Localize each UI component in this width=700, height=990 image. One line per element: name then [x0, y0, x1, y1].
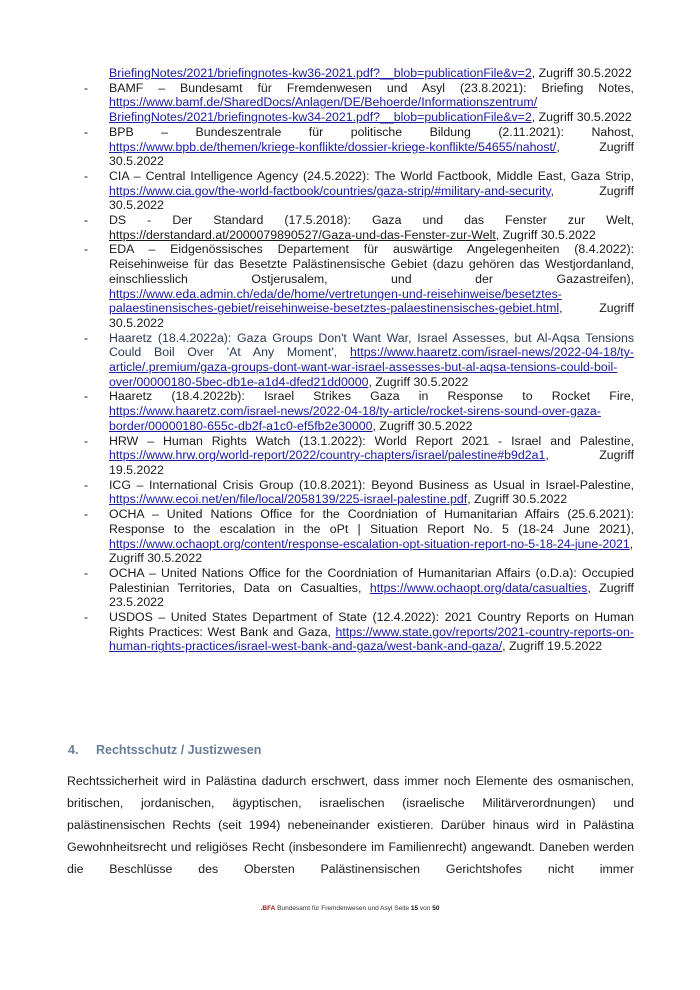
bullet-dash: - — [84, 125, 88, 140]
access-date: , Zugriff 30.5.2022 — [532, 66, 632, 80]
entry-text: Haaretz (18.4.2022b): Israel Strikes Gaz… — [109, 389, 634, 403]
access-date: , Zugriff 30.5.2022 — [532, 110, 632, 124]
footer-org: Bundesamt für Fremdenwesen und Asyl Seit… — [275, 905, 411, 912]
bibliography-continuation: BriefingNotes/2021/briefingnotes-kw36-20… — [84, 66, 634, 81]
bibliography-entry: -HRW – Human Rights Watch (13.1.2022): W… — [84, 434, 634, 478]
bullet-dash: - — [84, 478, 88, 493]
bullet-dash: - — [84, 81, 88, 96]
entry-text: OCHA – United Nations Office for the Coo… — [109, 507, 634, 536]
bullet-dash: - — [84, 507, 88, 522]
bibliography-entry: -ICG – International Crisis Group (10.8.… — [84, 478, 634, 507]
source-link[interactable]: https://www.ochaopt.org/content/response… — [109, 537, 630, 551]
body-paragraph: Rechtssicherheit wird in Palästina dadur… — [67, 770, 634, 880]
source-link[interactable]: https://www.bamf.de/SharedDocs/Anlagen/D… — [109, 95, 537, 124]
source-link[interactable]: https://www.ochaopt.org/data/casualties — [370, 581, 588, 595]
source-link[interactable]: https://www.eda.admin.ch/eda/de/home/ver… — [109, 287, 562, 316]
entry-text: CIA – Central Intelligence Agency (24.5.… — [109, 169, 634, 183]
source-link[interactable]: https://www.cia.gov/the-world-factbook/c… — [109, 184, 551, 198]
bullet-dash: - — [84, 610, 88, 625]
bibliography-entry: -BAMF – Bundesamt für Fremdenwesen und A… — [84, 81, 634, 125]
bibliography-entry: -OCHA – United Nations Office for the Co… — [84, 566, 634, 610]
source-link[interactable]: https://www.haaretz.com/israel-news/2022… — [109, 404, 601, 433]
bibliography-entry: -BPB – Bundeszentrale für politische Bil… — [84, 125, 634, 169]
page-total: 50 — [432, 905, 439, 912]
bibliography-entry: -OCHA – United Nations Office for the Co… — [84, 507, 634, 566]
entry-text: ICG – International Crisis Group (10.8.2… — [109, 478, 634, 492]
bullet-dash: - — [84, 213, 88, 228]
entry-text: DS - Der Standard (17.5.2018): Gaza und … — [109, 213, 634, 227]
source-link[interactable]: https://www.bpb.de/themen/kriege-konflik… — [109, 140, 556, 154]
bibliography-entry: -EDA – Eidgenössisches Departement für a… — [84, 242, 634, 330]
source-link[interactable]: https://www.ecoi.net/en/file/local/20581… — [109, 492, 467, 506]
bibliography-entry: -Haaretz (18.4.2022b): Israel Strikes Ga… — [84, 389, 634, 433]
bullet-dash: - — [84, 566, 88, 581]
bullet-dash: - — [84, 434, 88, 449]
source-link[interactable]: BriefingNotes/2021/briefingnotes-kw36-20… — [109, 66, 532, 80]
bullet-dash: - — [84, 389, 88, 404]
access-date: , Zugriff 30.5.2022 — [368, 375, 468, 389]
entry-text: EDA – Eidgenössisches Departement für au… — [109, 242, 634, 285]
footer-of: von — [418, 905, 432, 912]
bibliography-items: -BAMF – Bundesamt für Fremdenwesen und A… — [84, 81, 634, 654]
entry-text: BPB – Bundeszentrale für politische Bild… — [109, 125, 634, 139]
bullet-dash: - — [84, 169, 88, 184]
source-link[interactable]: https://www.hrw.org/world-report/2022/co… — [109, 448, 545, 462]
section-heading: 4.Rechtsschutz / Justizwesen — [68, 743, 261, 757]
entry-text: HRW – Human Rights Watch (13.1.2022): Wo… — [109, 434, 634, 448]
access-date: , Zugriff 30.5.2022 — [467, 492, 567, 506]
section-title: Rechtsschutz / Justizwesen — [96, 743, 261, 757]
page-footer: .BFA Bundesamt für Fremdenwesen und Asyl… — [0, 905, 700, 912]
bibliography-entry: -USDOS – United States Department of Sta… — [84, 610, 634, 654]
bullet-dash: - — [84, 331, 88, 346]
access-date: , Zugriff 30.5.2022 — [373, 419, 473, 433]
entry-text: BAMF – Bundesamt für Fremdenwesen und As… — [109, 81, 634, 95]
bullet-dash: - — [84, 242, 88, 257]
section-number: 4. — [68, 743, 96, 757]
access-date: , Zugriff 19.5.2022 — [502, 639, 602, 653]
source-link[interactable]: https://derstandard.at/2000079890527/Gaz… — [109, 228, 496, 242]
bibliography-entry: -CIA – Central Intelligence Agency (24.5… — [84, 169, 634, 213]
bibliography-list: BriefingNotes/2021/briefingnotes-kw36-20… — [84, 66, 634, 654]
access-date: , Zugriff 30.5.2022 — [496, 228, 596, 242]
bfa-logo: .BFA — [261, 905, 276, 912]
bibliography-entry: -DS - Der Standard (17.5.2018): Gaza und… — [84, 213, 634, 242]
document-page: BriefingNotes/2021/briefingnotes-kw36-20… — [0, 0, 700, 990]
bibliography-entry: -Haaretz (18.4.2022a): Gaza Groups Don't… — [84, 331, 634, 390]
